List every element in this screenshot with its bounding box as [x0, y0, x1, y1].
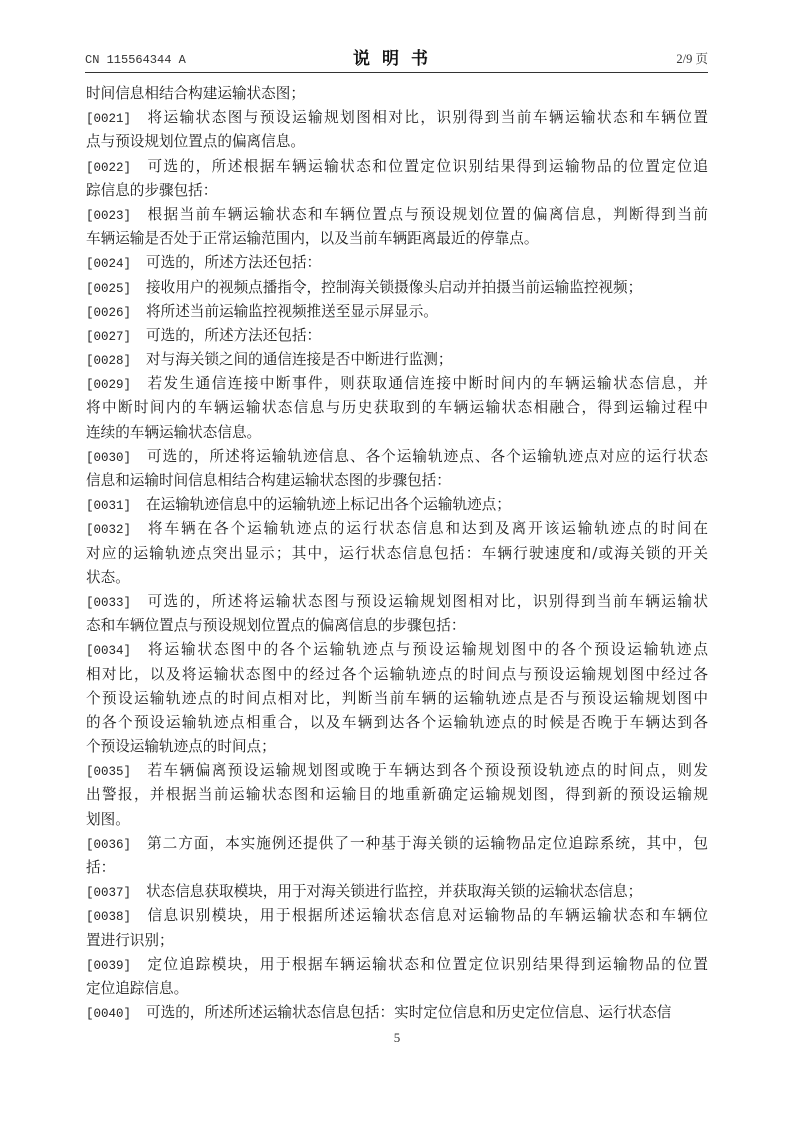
paragraph-first-line: [0037]状态信息获取模块，用于对海关锁进行监控，并获取海关锁的运输状态信息； — [86, 880, 708, 904]
paragraph-number: [0038] — [86, 905, 146, 928]
paragraph-text: 连续的车辆运输状态信息。 — [86, 424, 261, 441]
paragraph-text: 若车辆偏离预设运输规划图或晚于车辆达到各个预设预设轨迹点的时间点，则发 — [146, 762, 708, 779]
paragraph-first-line: [0036]第二方面，本实施例还提供了一种基于海关锁的运输物品定位追踪系统，其中… — [86, 832, 708, 856]
paragraph-text: 第二方面，本实施例还提供了一种基于海关锁的运输物品定位追踪系统，其中，包 — [146, 835, 708, 852]
paragraph-text: 个预设运输轨迹点的时间点； — [86, 738, 276, 755]
paragraph-line: 点与预设规划位置点的偏离信息。 — [86, 130, 708, 154]
paragraph-first-line: [0033]可选的，所述将运输状态图与预设运输规划图相对比，识别得到当前车辆运输… — [86, 590, 708, 614]
paragraph-number: [0036] — [86, 833, 146, 856]
paragraph-first-line: [0034]将运输状态图中的各个运输轨迹点与预设运输规划图中的各个预设运输轨迹点 — [86, 638, 708, 662]
paragraph-text: 时间信息相结合构建运输状态图； — [86, 85, 305, 102]
paragraph-line: 划图。 — [86, 808, 708, 832]
paragraph-text: 划图。 — [86, 811, 130, 828]
paragraph-number: [0021] — [86, 107, 146, 130]
paragraph-first-line: [0024]可选的，所述方法还包括： — [86, 251, 708, 275]
page-indicator: 2/9 页 — [676, 49, 708, 67]
paragraph-text: 可选的，所述方法还包括： — [146, 254, 321, 271]
paragraph-line: 将中断时间内的车辆运输状态信息与历史获取到的车辆运输状态相融合，得到运输过程中 — [86, 396, 708, 420]
paragraph-text: 将运输状态图中的各个运输轨迹点与预设运输规划图中的各个预设运输轨迹点 — [146, 641, 708, 658]
paragraph-first-line: [0038]信息识别模块，用于根据所述运输状态信息对运输物品的车辆运输状态和车辆… — [86, 904, 708, 928]
paragraph-first-line: [0029]若发生通信连接中断事件，则获取通信连接中断时间内的车辆运输状态信息，… — [86, 372, 708, 396]
paragraph-text: 的各个预设运输轨迹点相重合，以及车辆到达各个运输轨迹点的时候是否晚于车辆达到各 — [86, 714, 708, 731]
paragraph-number: [0031] — [86, 494, 146, 517]
paragraph-first-line: [0030]可选的，所述将运输轨迹信息、各个运输轨迹点、各个运输轨迹点对应的运行… — [86, 445, 708, 469]
paragraph-text: 若发生通信连接中断事件，则获取通信连接中断时间内的车辆运输状态信息，并 — [146, 375, 708, 392]
paragraph-first-line: [0031]在运输轨迹信息中的运输轨迹上标记出各个运输轨迹点； — [86, 493, 708, 517]
paragraph-number: [0030] — [86, 446, 146, 469]
paragraph-number: [0024] — [86, 252, 146, 275]
paragraph-text: 态和车辆位置点与预设规划位置点的偏离信息的步骤包括： — [86, 617, 465, 634]
paragraph-first-line: [0025]接收用户的视频点播指令，控制海关锁摄像头启动并拍摄当前运输监控视频； — [86, 276, 708, 300]
paragraph-number: [0033] — [86, 591, 146, 614]
paragraph-text: 出警报，并根据当前运输状态图和运输目的地重新确定运输规划图，得到新的预设运输规 — [86, 786, 708, 803]
paragraph-line: 状态。 — [86, 566, 708, 590]
paragraph-text: 将运输状态图与预设运输规划图相对比，识别得到当前车辆运输状态和车辆位置 — [146, 109, 708, 126]
paragraph-number: [0034] — [86, 639, 146, 662]
paragraph-number: [0039] — [86, 954, 146, 977]
paragraph-line: 信息和运输时间信息相结合构建运输状态图的步骤包括： — [86, 469, 708, 493]
paragraph-number: [0023] — [86, 204, 146, 227]
paragraph-text: 点与预设规划位置点的偏离信息。 — [86, 133, 305, 150]
patent-number: CN 115564344 A — [85, 53, 186, 67]
paragraph-text: 将中断时间内的车辆运输状态信息与历史获取到的车辆运输状态相融合，得到运输过程中 — [86, 399, 708, 416]
paragraph-first-line: [0035]若车辆偏离预设运输规划图或晚于车辆达到各个预设预设轨迹点的时间点，则… — [86, 759, 708, 783]
paragraph-first-line: [0021]将运输状态图与预设运输规划图相对比，识别得到当前车辆运输状态和车辆位… — [86, 106, 708, 130]
paragraph-text: 定位追踪模块，用于根据车辆运输状态和位置定位识别结果得到运输物品的位置 — [146, 956, 708, 973]
paragraph-text: 置进行识别； — [86, 932, 174, 949]
paragraph-number: [0029] — [86, 373, 146, 396]
paragraph-line: 态和车辆位置点与预设规划位置点的偏离信息的步骤包括： — [86, 614, 708, 638]
paragraph-first-line: [0039]定位追踪模块，用于根据车辆运输状态和位置定位识别结果得到运输物品的位… — [86, 953, 708, 977]
paragraph-line: 车辆运输是否处于正常运输范围内，以及当前车辆距离最近的停靠点。 — [86, 227, 708, 251]
paragraph-first-line: [0032]将车辆在各个运输轨迹点的运行状态信息和达到及离开该运输轨迹点的时间在 — [86, 517, 708, 541]
paragraph-text: 可选的，所述方法还包括： — [146, 327, 321, 344]
paragraph-text: 在运输轨迹信息中的运输轨迹上标记出各个运输轨迹点； — [146, 496, 511, 513]
paragraph-text: 定位追踪信息。 — [86, 980, 188, 997]
paragraph-text: 对与海关锁之间的通信连接是否中断进行监测； — [146, 351, 452, 368]
paragraph-line: 个预设运输轨迹点的时间点相对比，判断当前车辆的运输轨迹点是否与预设运输规划图中 — [86, 687, 708, 711]
paragraph-number: [0040] — [86, 1002, 146, 1025]
paragraph-line: 相对比，以及将运输状态图中的经过各个运输轨迹点的时间点与预设运输规划图中经过各 — [86, 663, 708, 687]
paragraph-number: [0025] — [86, 277, 146, 300]
document-body: 时间信息相结合构建运输状态图；[0021]将运输状态图与预设运输规划图相对比，识… — [86, 82, 708, 1025]
paragraph-text: 车辆运输是否处于正常运输范围内，以及当前车辆距离最近的停靠点。 — [86, 230, 538, 247]
paragraph-text: 根据当前车辆运输状态和车辆位置点与预设规划位置的偏离信息，判断得到当前 — [146, 206, 708, 223]
paragraph-text: 将车辆在各个运输轨迹点的运行状态信息和达到及离开该运输轨迹点的时间在 — [146, 520, 708, 537]
paragraph-text: 相对比，以及将运输状态图中的经过各个运输轨迹点的时间点与预设运输规划图中经过各 — [86, 666, 708, 683]
paragraph-first-line: [0023]根据当前车辆运输状态和车辆位置点与预设规划位置的偏离信息，判断得到当… — [86, 203, 708, 227]
paragraph-text: 对应的运输轨迹点突出显示；其中，运行状态信息包括：车辆行驶速度和/或海关锁的开关 — [86, 545, 708, 562]
paragraph-line: 对应的运输轨迹点突出显示；其中，运行状态信息包括：车辆行驶速度和/或海关锁的开关 — [86, 542, 708, 566]
paragraph-line: 定位追踪信息。 — [86, 977, 708, 1001]
page-number: 5 — [0, 1030, 794, 1046]
paragraph-text: 将所述当前运输监控视频推送至显示屏显示。 — [146, 303, 438, 320]
paragraph-line: 的各个预设运输轨迹点相重合，以及车辆到达各个运输轨迹点的时候是否晚于车辆达到各 — [86, 711, 708, 735]
paragraph-first-line: [0040]可选的，所述所述运输状态信息包括：实时定位信息和历史定位信息、运行状… — [86, 1001, 708, 1025]
page-header: CN 115564344 A 说明书 2/9 页 — [85, 44, 708, 73]
paragraph-number: [0032] — [86, 518, 146, 541]
paragraph-line: 连续的车辆运输状态信息。 — [86, 421, 708, 445]
paragraph-number: [0026] — [86, 301, 146, 324]
paragraph-text: 踪信息的步骤包括： — [86, 182, 217, 199]
paragraph-number: [0028] — [86, 349, 146, 372]
paragraph-text: 信息识别模块，用于根据所述运输状态信息对运输物品的车辆运输状态和车辆位 — [146, 907, 708, 924]
paragraph-line: 踪信息的步骤包括： — [86, 179, 708, 203]
paragraph-text: 状态信息获取模块，用于对海关锁进行监控，并获取海关锁的运输状态信息； — [146, 883, 642, 900]
paragraph-text: 可选的，所述根据车辆运输状态和位置定位识别结果得到运输物品的位置定位追 — [146, 158, 708, 175]
paragraph-text: 可选的，所述将运输轨迹信息、各个运输轨迹点、各个运输轨迹点对应的运行状态 — [146, 448, 708, 465]
paragraph-text: 括： — [86, 859, 115, 876]
paragraph-line: 置进行识别； — [86, 929, 708, 953]
paragraph-text: 状态。 — [86, 569, 130, 586]
paragraph-number: [0037] — [86, 881, 146, 904]
paragraph-line: 出警报，并根据当前运输状态图和运输目的地重新确定运输规划图，得到新的预设运输规 — [86, 783, 708, 807]
paragraph-line: 个预设运输轨迹点的时间点； — [86, 735, 708, 759]
paragraph-line: 括： — [86, 856, 708, 880]
paragraph-text: 接收用户的视频点播指令，控制海关锁摄像头启动并拍摄当前运输监控视频； — [146, 279, 642, 296]
paragraph-first-line: [0022]可选的，所述根据车辆运输状态和位置定位识别结果得到运输物品的位置定位… — [86, 155, 708, 179]
document-title: 说明书 — [353, 44, 440, 69]
paragraph-first-line: [0027]可选的，所述方法还包括： — [86, 324, 708, 348]
paragraph-first-line: [0026]将所述当前运输监控视频推送至显示屏显示。 — [86, 300, 708, 324]
paragraph-text: 可选的，所述将运输状态图与预设运输规划图相对比，识别得到当前车辆运输状 — [146, 593, 708, 610]
paragraph-text: 可选的，所述所述运输状态信息包括：实时定位信息和历史定位信息、运行状态信 — [146, 1004, 671, 1021]
paragraph-text: 个预设运输轨迹点的时间点相对比，判断当前车辆的运输轨迹点是否与预设运输规划图中 — [86, 690, 708, 707]
paragraph-number: [0027] — [86, 325, 146, 348]
paragraph-number: [0022] — [86, 156, 146, 179]
paragraph-text: 信息和运输时间信息相结合构建运输状态图的步骤包括： — [86, 472, 451, 489]
paragraph-first-line: [0028]对与海关锁之间的通信连接是否中断进行监测； — [86, 348, 708, 372]
paragraph-line: 时间信息相结合构建运输状态图； — [86, 82, 708, 106]
paragraph-number: [0035] — [86, 760, 146, 783]
